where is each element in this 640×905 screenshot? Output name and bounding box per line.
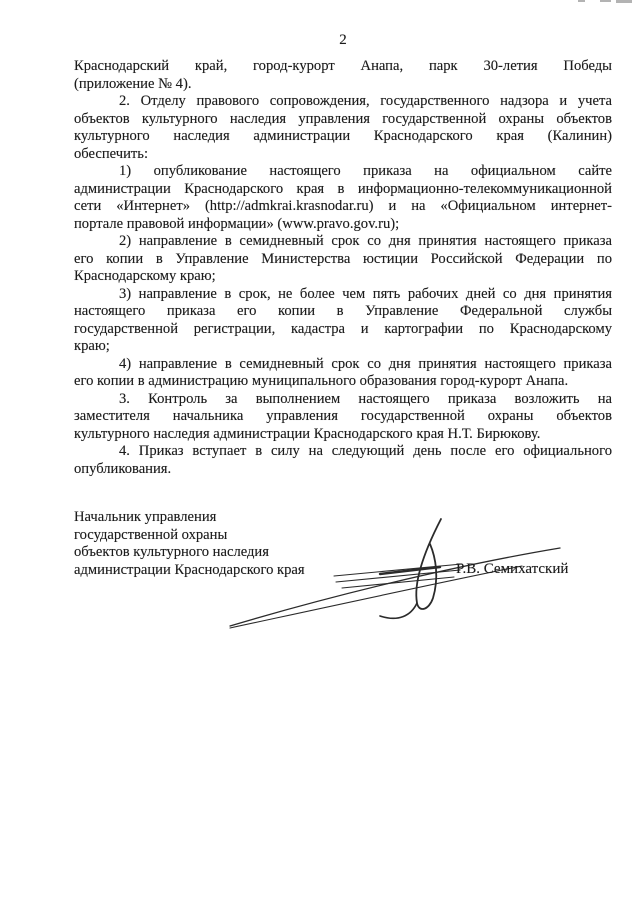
- document-line: сети «Интернет» (http://admkrai.krasnoda…: [74, 198, 612, 216]
- document-line: обеспечить:: [74, 146, 612, 164]
- document-line: администрации Краснодарского края в инфо…: [74, 181, 612, 199]
- document-line: опубликования.: [74, 461, 612, 479]
- document-line: 3. Контроль за выполнением настоящего пр…: [74, 391, 612, 409]
- document-line: Краснодарскому краю;: [74, 268, 612, 286]
- document-line: 1) опубликование настоящего приказа на о…: [74, 163, 612, 181]
- document-line: (приложение № 4).: [74, 76, 612, 94]
- signer-name: Р.В. Семихатский: [456, 561, 568, 579]
- document-line: объектов культурного наследия управления…: [74, 111, 612, 129]
- document-line: государственной регистрации, кадастра и …: [74, 321, 612, 339]
- document-page: 2 Краснодарский край, город-курорт Анапа…: [0, 0, 640, 905]
- document-line: его копии в администрацию муниципального…: [74, 373, 612, 391]
- document-line: настоящего приказа его копии в Управлени…: [74, 303, 612, 321]
- document-line: заместителя начальника управления госуда…: [74, 408, 612, 426]
- document-line: культурного наследия администрации Красн…: [74, 128, 612, 146]
- document-line: 2) направление в семидневный срок со дня…: [74, 233, 612, 251]
- document-line: краю;: [74, 338, 612, 356]
- document-line: 4. Приказ вступает в силу на следующий д…: [74, 443, 612, 461]
- document-line: его копии в Управление Министерства юсти…: [74, 251, 612, 269]
- scan-artifact: [616, 0, 632, 3]
- document-line: 3) направление в срок, не более чем пять…: [74, 286, 612, 304]
- document-line: портале правовой информации» (www.pravo.…: [74, 216, 612, 234]
- scan-artifact: [578, 0, 585, 2]
- document-line: культурного наследия администрации Красн…: [74, 426, 612, 444]
- document-line: 2. Отделу правового сопровождения, госуд…: [74, 93, 612, 111]
- handwritten-signature-icon: [222, 514, 622, 644]
- document-line: Краснодарский край, город-курорт Анапа, …: [74, 58, 612, 76]
- document-body: Краснодарский край, город-курорт Анапа, …: [74, 58, 612, 478]
- scan-artifact: [600, 0, 611, 2]
- page-number: 2: [74, 32, 612, 49]
- document-line: 4) направление в семидневный срок со дня…: [74, 356, 612, 374]
